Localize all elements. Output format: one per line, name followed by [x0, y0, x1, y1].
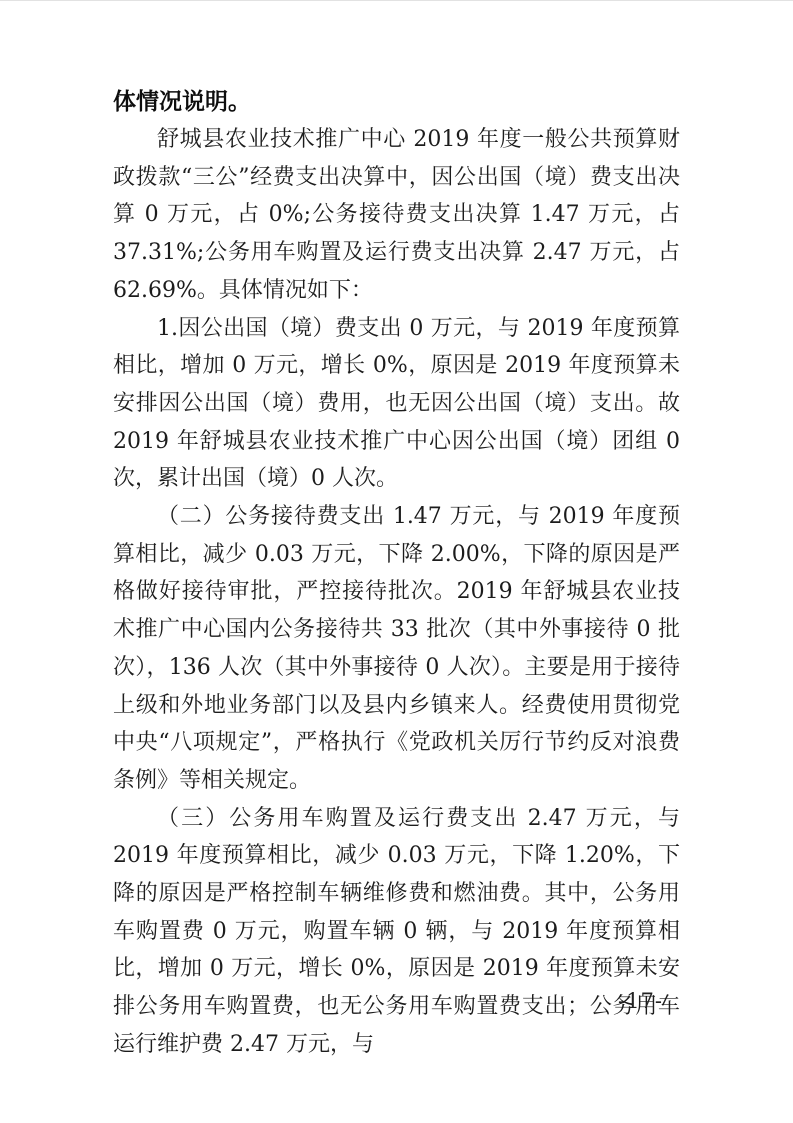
paragraph-overseas-travel: 1.因公出国（境）费支出 0 万元，与 2019 年度预算相比，增加 0 万元，…: [113, 310, 680, 499]
paragraph-official-vehicles: （三）公务用车购置及运行费支出 2.47 万元，与 2019 年度预算相比，减少…: [113, 800, 680, 1064]
document-page: 体情况说明。 舒城县农业技术推广中心 2019 年度一般公共预算财政拨款“三公”…: [0, 0, 793, 1123]
paragraph-official-reception: （二）公务接待费支出 1.47 万元，与 2019 年度预算相比，减少 0.03…: [113, 498, 680, 800]
section-heading-continuation: 体情况说明。: [113, 83, 680, 121]
page-number: -17-: [618, 989, 663, 1013]
paragraph-summary: 舒城县农业技术推广中心 2019 年度一般公共预算财政拨款“三公”经费支出决算中…: [113, 121, 680, 310]
document-body: 体情况说明。 舒城县农业技术推广中心 2019 年度一般公共预算财政拨款“三公”…: [113, 83, 680, 1064]
